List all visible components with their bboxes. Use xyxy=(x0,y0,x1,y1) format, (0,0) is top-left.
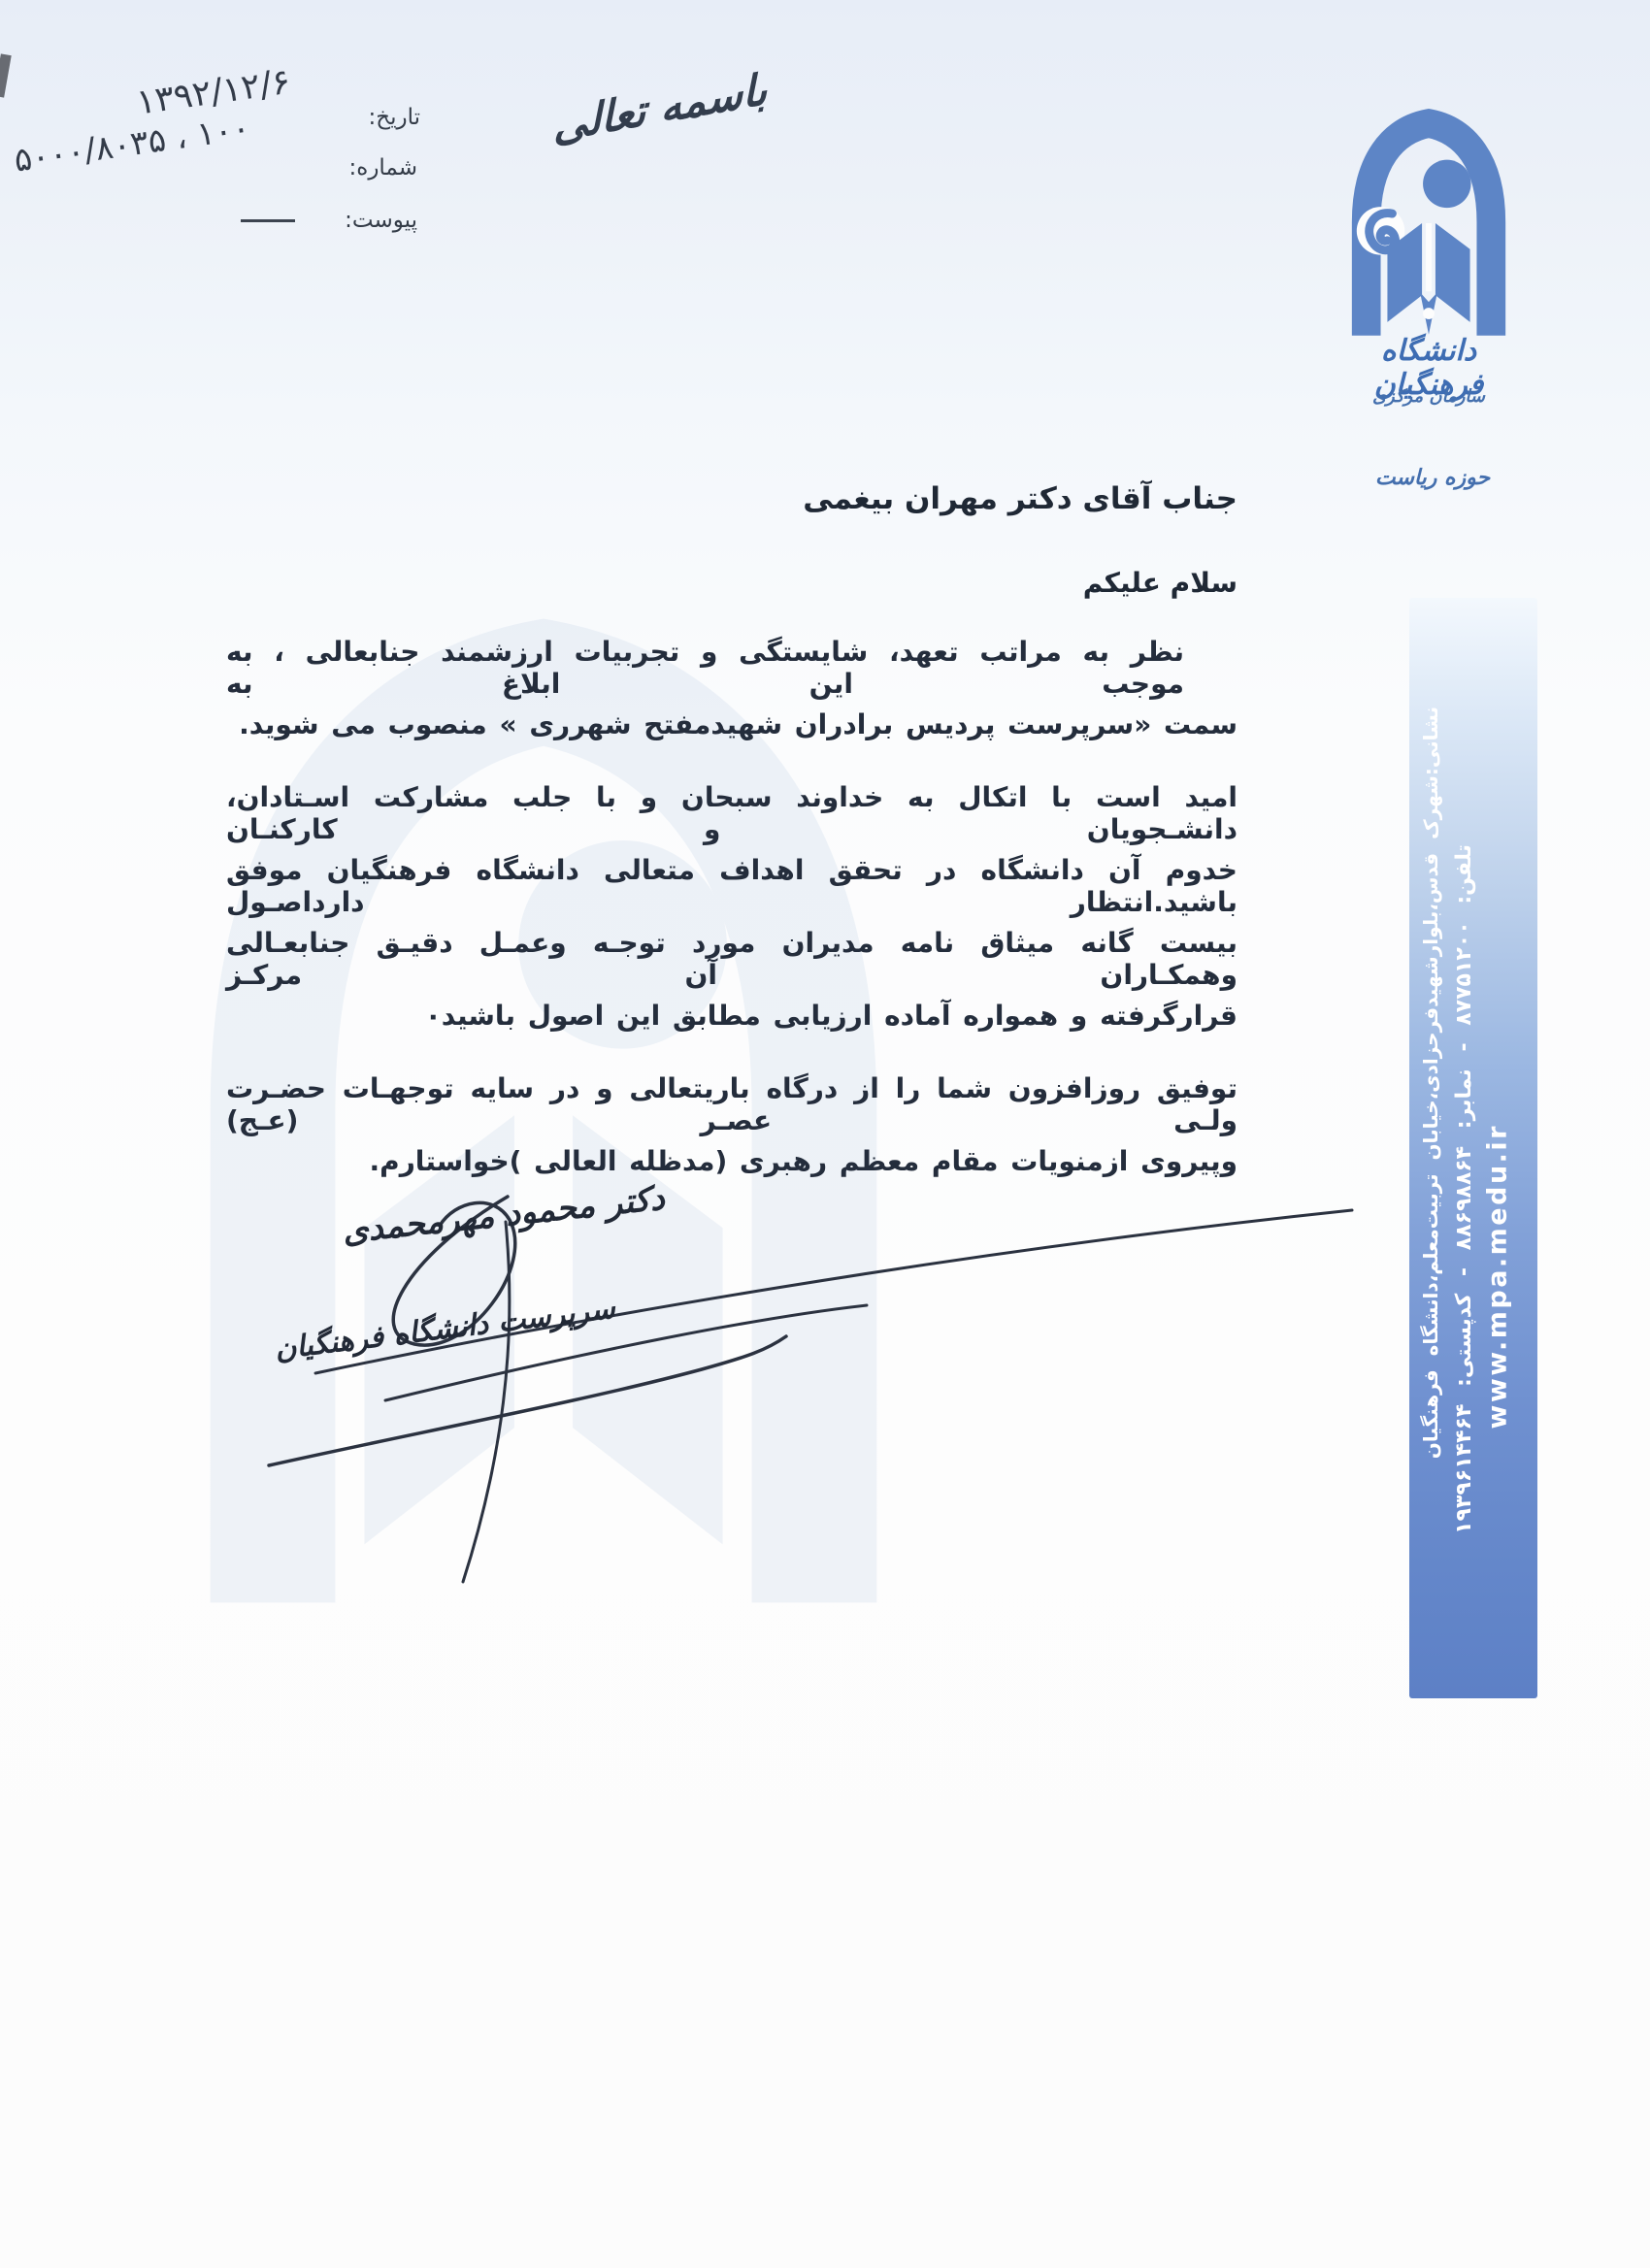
body-line: قرارگرفته و همواره آماده ارزیابی مطابق ا… xyxy=(226,1000,1237,1032)
body-line: خدوم آن دانشگاه در تحقق اهداف متعالی دان… xyxy=(226,854,1237,918)
number-label: شماره: xyxy=(349,155,417,181)
salutation: سلام علیکم xyxy=(1083,567,1237,599)
scanned-letter-page: تاریخ: شماره: پیوست: ۱۳۹۲/۱۲/۶ ۵۰۰۰/۸۰۳۵… xyxy=(0,0,1650,2268)
body-line: نظر به مراتب تعهد، شایستگی و تجربیات ارز… xyxy=(226,636,1237,700)
recipient-name: جناب آقای دکتر مهران بیغمی xyxy=(803,481,1237,516)
website-vertical-text: www.mpa.medu.ir xyxy=(1483,1124,1513,1430)
central-organization-label: سازمان مرکزی xyxy=(1322,386,1535,407)
university-logo-icon xyxy=(1337,107,1520,338)
letter-body: نظر به مراتب تعهد، شایستگی و تجربیات ارز… xyxy=(226,631,1237,1213)
number-value-handwritten: ۵۰۰۰/۸۰۳۵ ، ۱۰۰ xyxy=(12,109,252,181)
date-label: تاریخ: xyxy=(368,105,420,130)
body-line: توفیق روزافزون شما را از درگاه باریتعالی… xyxy=(226,1072,1237,1136)
university-logo xyxy=(1337,107,1520,338)
besmele-calligraphy: باسمه تعالی xyxy=(552,64,768,151)
body-line: سمت «سرپرست پردیس برادران شهیدمفتح شهرری… xyxy=(226,708,1237,740)
scan-artifact xyxy=(0,53,12,97)
phone-fax-postal-vertical-text: تلفن: ۸۷۷۵۱۲۰۰ - نمابر: ۸۸۶۹۸۸۶۴ - کدپست… xyxy=(1452,844,1476,1534)
address-vertical-text: نشانی:شهرک قدس،بلوارشهیدفرحزادی،خیابان ت… xyxy=(1419,707,1442,1459)
body-line: بیست گانه میثاق نامه مدیران مورد توجـه و… xyxy=(226,927,1237,991)
attachment-dash xyxy=(241,219,295,222)
presidency-office-label: حوزه ریاست xyxy=(1355,466,1510,490)
attachment-label: پیوست: xyxy=(345,208,417,233)
body-line: امید است با اتکال به خداوند سبحان و با ج… xyxy=(226,781,1237,845)
